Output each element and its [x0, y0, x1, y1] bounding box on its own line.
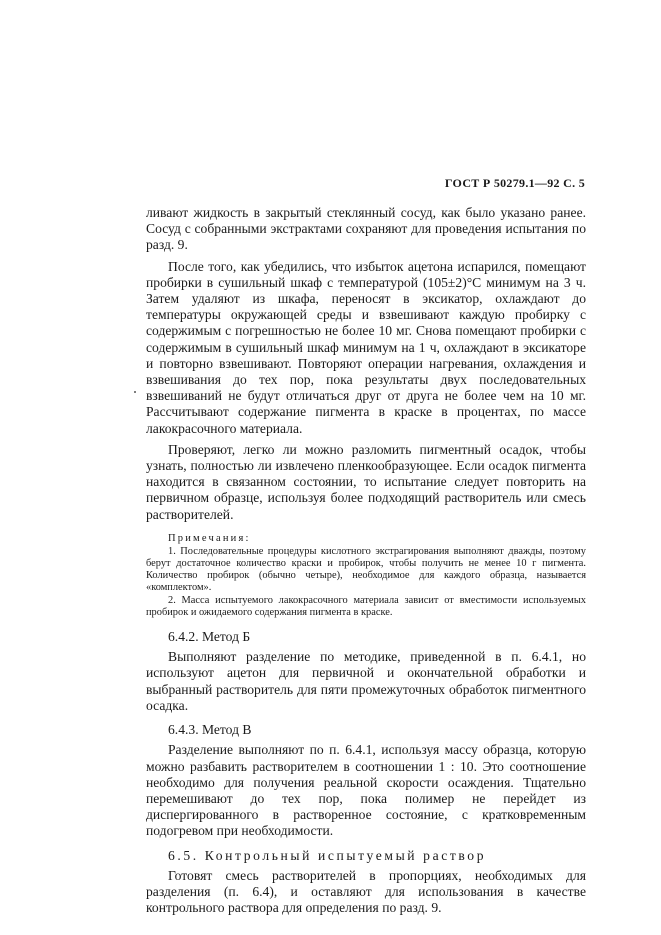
document-page: ГОСТ Р 50279.1—92 С. 5 ливают жидкость в… — [0, 0, 661, 935]
section-heading-6-5: 6.5. Контрольный испытуемый раствор — [168, 848, 586, 864]
section-text-6-4-2: Выполняют разделение по методике, привед… — [146, 649, 586, 714]
note-item-2: 2. Масса испытуемого лакокрасочного мате… — [146, 595, 586, 619]
paragraph-pigment-check: Проверяют, легко ли можно разломить пигм… — [146, 442, 586, 523]
section-6-4-2: 6.4.2. Метод Б Выполняют разделение по м… — [146, 629, 586, 714]
section-heading-6-4-2: 6.4.2. Метод Б — [168, 629, 586, 645]
paragraph-drying-procedure: После того, как убедились, что избыток а… — [146, 259, 586, 437]
paragraph-continuation: ливают жидкость в закрытый стеклянный со… — [146, 205, 586, 254]
section-text-6-4-3: Разделение выполняют по п. 6.4.1, исполь… — [146, 742, 586, 839]
text-column: ливают жидкость в закрытый стеклянный со… — [146, 205, 586, 916]
section-6-5: 6.5. Контрольный испытуемый раствор Гото… — [146, 848, 586, 917]
running-head: ГОСТ Р 50279.1—92 С. 5 — [380, 176, 585, 191]
notes-title: Примечания: — [168, 533, 586, 544]
scan-artifact-dot — [134, 391, 136, 393]
section-6-4-3: 6.4.3. Метод В Разделение выполняют по п… — [146, 722, 586, 839]
section-heading-6-4-3: 6.4.3. Метод В — [168, 722, 586, 738]
section-text-6-5: Готовят смесь растворителей в пропорциях… — [146, 868, 586, 917]
note-item-1: 1. Последовательные процедуры кислотного… — [146, 546, 586, 595]
notes-block: Примечания: 1. Последовательные процедур… — [146, 533, 586, 619]
